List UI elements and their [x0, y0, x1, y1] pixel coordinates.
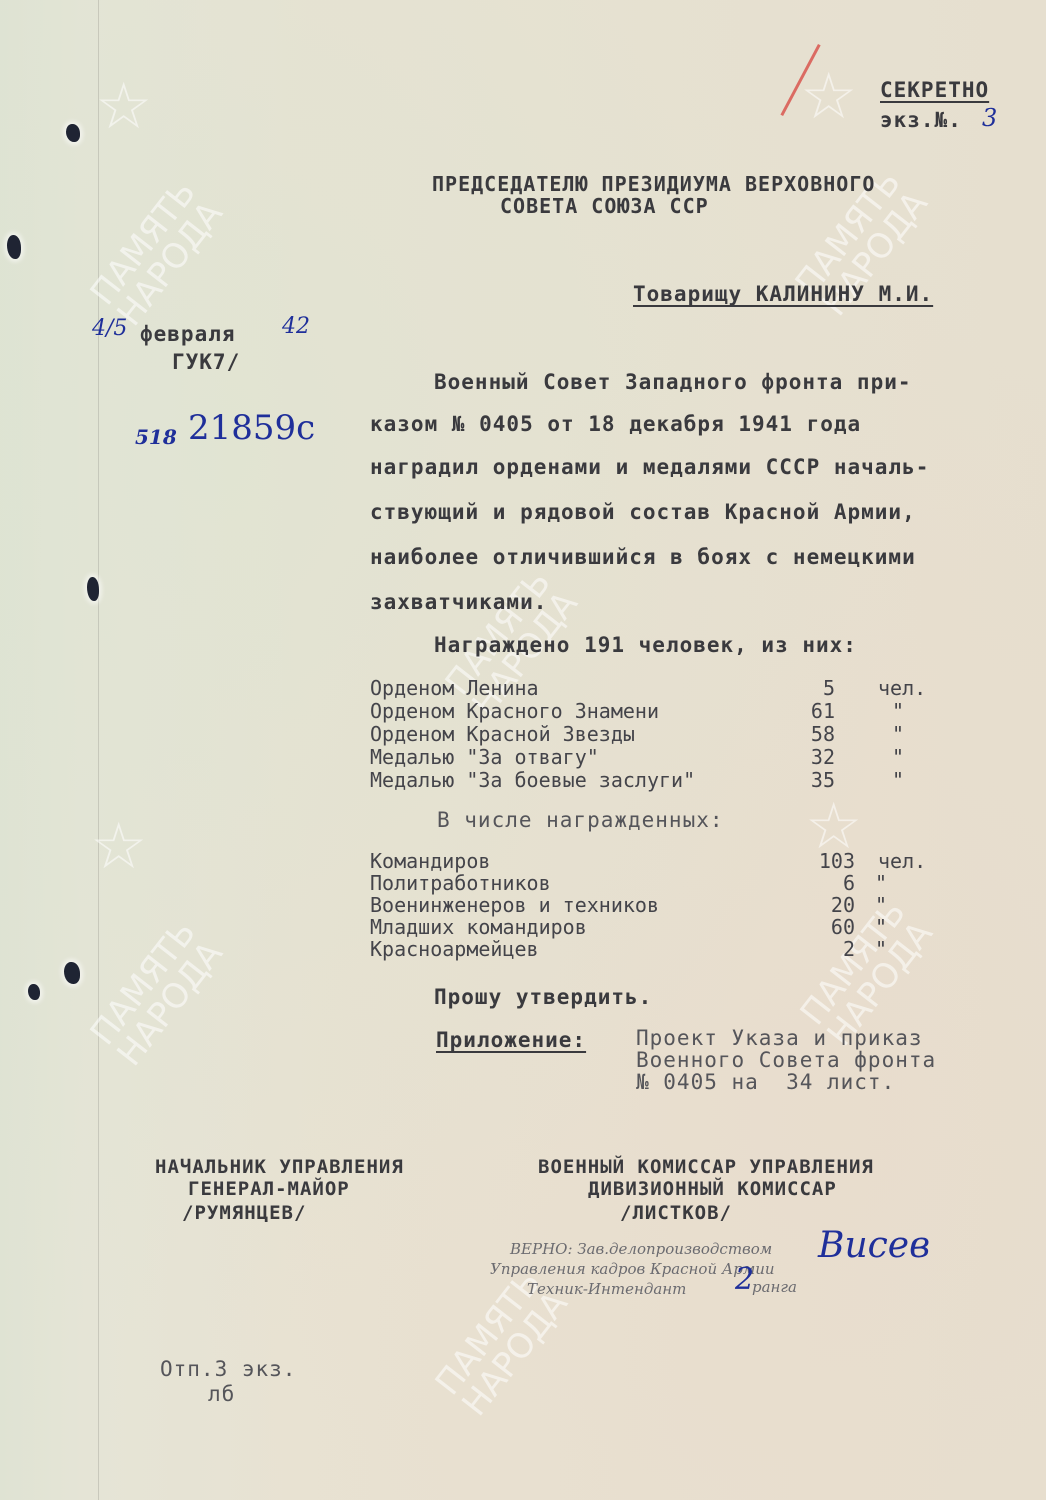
award-count: 32	[775, 746, 835, 769]
body-line: наградил орденами и медалями СССР началь…	[370, 455, 929, 479]
signature-right-rank: ДИВИЗИОННЫЙ КОМИССАР	[588, 1178, 837, 1200]
category-label: Красноармейцев	[370, 937, 539, 961]
attachment-line: Военного Совета фронта	[636, 1048, 936, 1072]
handwritten-ref: 21859с	[188, 408, 315, 448]
punch-hole	[87, 577, 99, 601]
punch-hole	[66, 124, 80, 142]
typist-initials: лб	[208, 1382, 235, 1406]
award-unit: чел.	[878, 677, 926, 700]
category-count: 103	[795, 850, 855, 872]
awarded-summary: Награждено 191 человек, из них:	[434, 633, 857, 657]
table-row: Медалью "За отвагу"32"	[370, 746, 695, 769]
category-unit: "	[875, 938, 887, 960]
category-unit: "	[875, 916, 887, 938]
category-unit: чел.	[878, 850, 926, 872]
punch-hole	[7, 235, 21, 259]
table-row: Военинженеров и техников20"	[370, 894, 659, 916]
table-row: Медалью "За боевые заслуги"35"	[370, 769, 695, 792]
punch-hole	[28, 984, 40, 1000]
handwritten-day: 4/5	[92, 316, 127, 341]
award-label: Орденом Ленина	[370, 676, 539, 700]
copies-note: Отп.3 экз.	[160, 1357, 296, 1381]
fold-line	[98, 0, 99, 1500]
body-line: наиболее отличившийся в боях с немецкими	[370, 545, 916, 569]
award-unit: "	[892, 723, 904, 746]
verification-stamp-line1: ВЕРНО: Зав.делопроизводством	[510, 1240, 772, 1258]
category-count: 60	[795, 916, 855, 938]
category-label: Военинженеров и техников	[370, 893, 659, 917]
category-label: Командиров	[370, 849, 490, 873]
among-awarded-heading: В числе награжденных:	[437, 808, 724, 832]
copy-number-label: экз.№.	[880, 108, 962, 132]
attachment-line: Проект Указа и приказ	[636, 1026, 923, 1050]
table-row: Орденом Красной Звезды58"	[370, 723, 695, 746]
watermark-star-icon: ☆	[95, 70, 152, 144]
table-row: Орденом Красного Знамени61"	[370, 700, 695, 723]
body-line: ствующий и рядовой состав Красной Армии,	[370, 500, 916, 524]
award-unit: "	[892, 700, 904, 723]
award-label: Орденом Красного Знамени	[370, 699, 659, 723]
category-unit: "	[875, 894, 887, 916]
award-unit: "	[892, 769, 904, 792]
date-month: февраля	[140, 322, 236, 346]
award-label: Медалью "За отвагу"	[370, 745, 599, 769]
verification-stamp-line2: Управления кадров Красной Армии	[490, 1260, 775, 1278]
body-line: захватчиками.	[370, 590, 547, 614]
award-count: 35	[775, 769, 835, 792]
category-label: Младших командиров	[370, 915, 587, 939]
outgoing-ref: ГУК7/	[172, 350, 240, 374]
table-row: Политработников6"	[370, 872, 659, 894]
watermark-star-icon: ☆	[800, 60, 857, 134]
rank-suffix: ранга	[752, 1278, 797, 1296]
award-count: 5	[775, 677, 835, 700]
verification-stamp-line3: Техник-Интендант	[527, 1280, 686, 1298]
categories-table: Командиров103чел. Политработников6" Воен…	[370, 850, 659, 960]
table-row: Красноармейцев2"	[370, 938, 659, 960]
award-unit: "	[892, 746, 904, 769]
table-row: Командиров103чел.	[370, 850, 659, 872]
table-row: Орденом Ленина5чел.	[370, 677, 695, 700]
category-count: 20	[795, 894, 855, 916]
request-text: Прошу утвердить.	[434, 985, 652, 1009]
handwritten-signature: Висев	[818, 1225, 930, 1266]
table-row: Младших командиров60"	[370, 916, 659, 938]
category-label: Политработников	[370, 871, 551, 895]
addressee-title-line2: СОВЕТА СОЮЗА ССР	[500, 194, 709, 218]
signature-left-title: НАЧАЛЬНИК УПРАВЛЕНИЯ	[155, 1156, 404, 1178]
addressee-title-line1: ПРЕДСЕДАТЕЛЮ ПРЕЗИДИУМА ВЕРХОВНОГО	[432, 172, 875, 196]
copy-number-handwritten: 3	[982, 104, 997, 132]
category-count: 6	[795, 872, 855, 894]
body-line: Военный Совет Западного фронта при-	[434, 370, 912, 394]
attachment-line: № 0405 на 34 лист.	[636, 1070, 895, 1094]
body-line: казом № 0405 от 18 декабря 1941 года	[370, 412, 861, 436]
award-label: Медалью "За боевые заслуги"	[370, 768, 695, 792]
handwritten-year: 42	[282, 314, 310, 339]
addressee-name: Товарищу КАЛИНИНУ М.И.	[633, 282, 933, 306]
signature-left-rank: ГЕНЕРАЛ-МАЙОР	[188, 1178, 350, 1200]
award-label: Орденом Красной Звезды	[370, 722, 635, 746]
signature-right-name: /ЛИСТКОВ/	[620, 1202, 732, 1224]
category-unit: "	[875, 872, 887, 894]
award-count: 61	[775, 700, 835, 723]
signature-left-name: /РУМЯНЦЕВ/	[182, 1202, 306, 1224]
handwritten-ref-prefix: 518	[135, 425, 177, 449]
signature-right-title: ВОЕННЫЙ КОМИССАР УПРАВЛЕНИЯ	[538, 1156, 874, 1178]
watermark-star-icon: ☆	[90, 810, 147, 884]
attachment-label: Приложение:	[436, 1028, 586, 1052]
punch-hole	[64, 962, 80, 984]
award-count: 58	[775, 723, 835, 746]
awards-table: Орденом Ленина5чел. Орденом Красного Зна…	[370, 677, 695, 792]
classification-label: СЕКРЕТНО	[880, 78, 989, 102]
category-count: 2	[795, 938, 855, 960]
